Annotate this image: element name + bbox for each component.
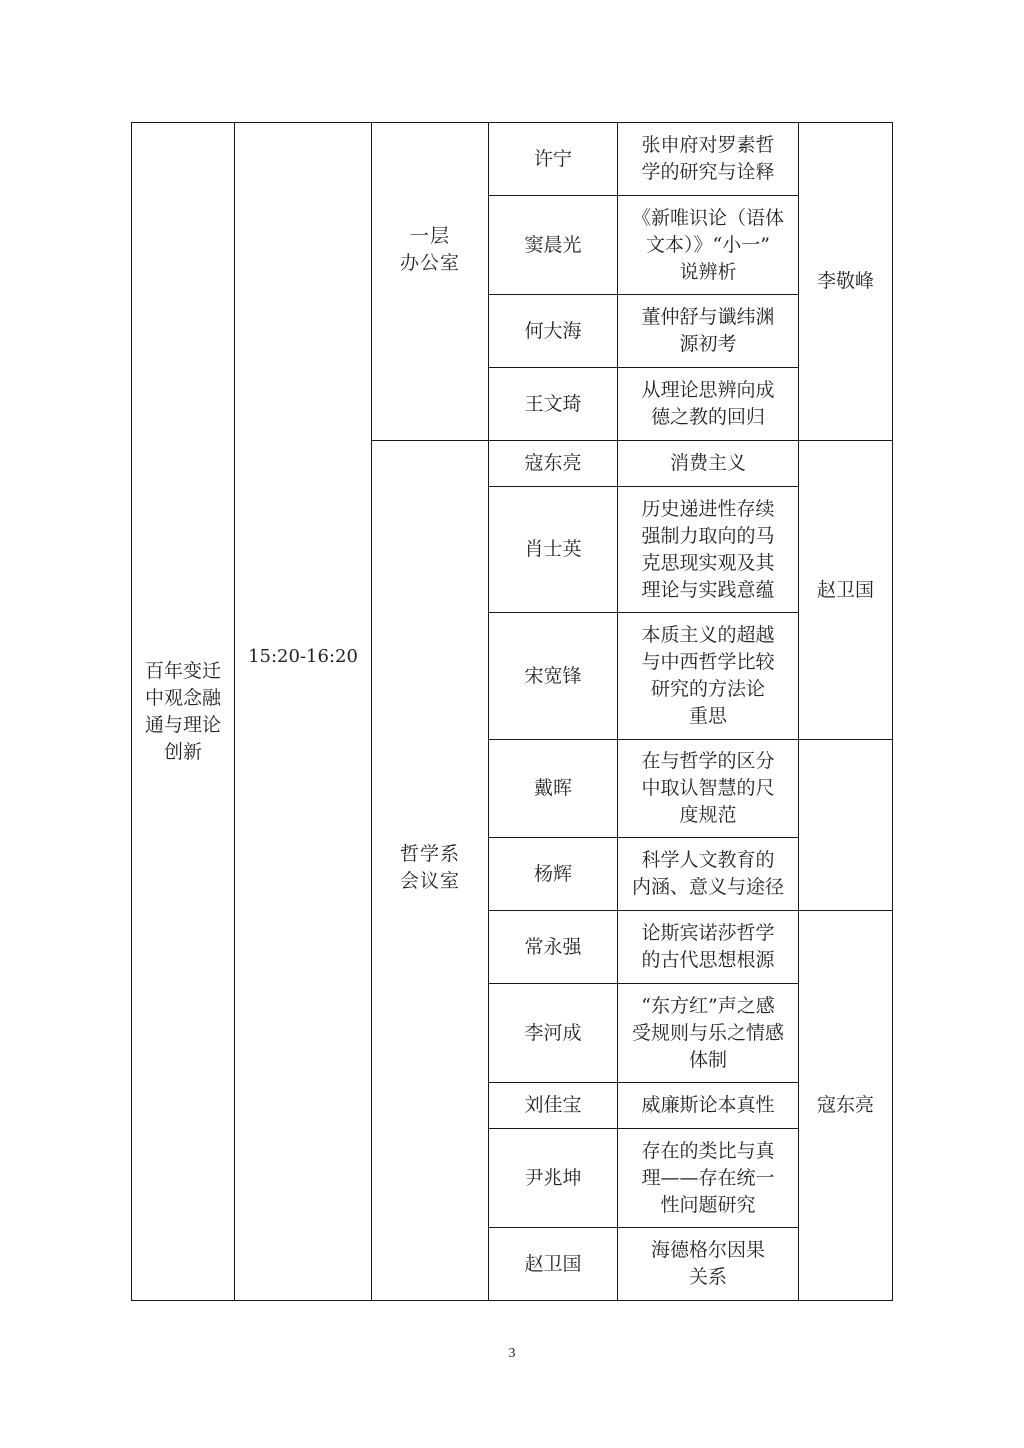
chair-name: 寇东亮 xyxy=(799,911,893,1301)
speaker-name: 杨辉 xyxy=(489,838,618,911)
room-name: 哲学系 会议室 xyxy=(372,441,489,1301)
paper-title: 张申府对罗素哲 学的研究与诠释 xyxy=(618,123,799,196)
speaker-name: 刘佳宝 xyxy=(489,1083,618,1129)
page-number: 3 xyxy=(0,1346,1024,1362)
paper-title: 消费主义 xyxy=(618,441,799,487)
speaker-name: 赵卫国 xyxy=(489,1228,618,1301)
speaker-name: 常永强 xyxy=(489,911,618,984)
paper-title: 海德格尔因果 关系 xyxy=(618,1228,799,1301)
paper-title: 论斯宾诺莎哲学 的古代思想根源 xyxy=(618,911,799,984)
schedule-table: 百年变迁 中观念融 通与理论 创新 15:20-16:20 一层 办公室 许宁 … xyxy=(131,122,893,1301)
speaker-name: 王文琦 xyxy=(489,368,618,441)
document-page: 百年变迁 中观念融 通与理论 创新 15:20-16:20 一层 办公室 许宁 … xyxy=(0,0,1024,1448)
paper-title: 存在的类比与真 理——存在统一 性问题研究 xyxy=(618,1129,799,1228)
paper-title: 从理论思辨向成 德之教的回归 xyxy=(618,368,799,441)
chair-name-empty xyxy=(799,740,893,911)
speaker-name: 戴晖 xyxy=(489,740,618,838)
speaker-name: 尹兆坤 xyxy=(489,1129,618,1228)
speaker-name: 许宁 xyxy=(489,123,618,196)
paper-title: “东方红”声之感 受规则与乐之情感 体制 xyxy=(618,984,799,1083)
speaker-name: 窦晨光 xyxy=(489,196,618,295)
paper-title: 《新唯识论（语体 文本）》“小一” 说辨析 xyxy=(618,196,799,295)
session-theme: 百年变迁 中观念融 通与理论 创新 xyxy=(132,123,235,1301)
paper-title: 科学人文教育的 内涵、意义与途径 xyxy=(618,838,799,911)
table-row: 百年变迁 中观念融 通与理论 创新 15:20-16:20 一层 办公室 许宁 … xyxy=(132,123,893,196)
room-name: 一层 办公室 xyxy=(372,123,489,441)
speaker-name: 何大海 xyxy=(489,295,618,368)
paper-title: 本质主义的超越 与中西哲学比较 研究的方法论 重思 xyxy=(618,613,799,740)
speaker-name: 宋宽锋 xyxy=(489,613,618,740)
paper-title: 威廉斯论本真性 xyxy=(618,1083,799,1129)
chair-name: 李敬峰 xyxy=(799,123,893,441)
paper-title: 历史递进性存续 强制力取向的马 克思现实观及其 理论与实践意蕴 xyxy=(618,487,799,613)
speaker-name: 李河成 xyxy=(489,984,618,1083)
chair-name: 赵卫国 xyxy=(799,441,893,740)
speaker-name: 肖士英 xyxy=(489,487,618,613)
paper-title: 在与哲学的区分 中取认智慧的尺 度规范 xyxy=(618,740,799,838)
session-time: 15:20-16:20 xyxy=(235,123,372,1301)
speaker-name: 寇东亮 xyxy=(489,441,618,487)
session-time-text: 15:20-16:20 xyxy=(248,643,358,670)
paper-title: 董仲舒与谶纬渊 源初考 xyxy=(618,295,799,368)
